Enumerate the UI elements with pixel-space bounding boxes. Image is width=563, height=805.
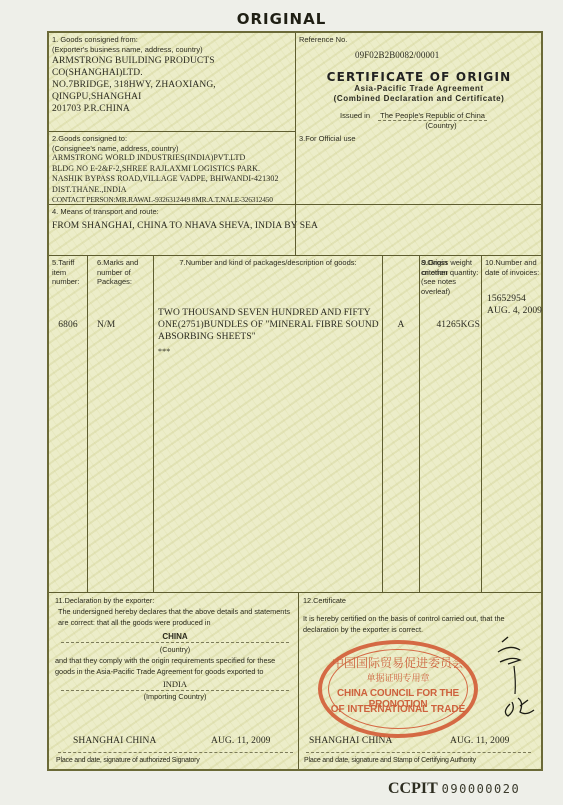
importing-country-caption: (Importing Country) [55,691,295,702]
importing-country: INDIA [61,679,289,691]
invoice-date: AUG. 4, 2009 [487,305,541,317]
invoice-block: 15652954 AUG. 4, 2009 [487,293,541,317]
box-transport: 4. Means of transport and route: FROM SH… [52,207,538,232]
divider [49,592,541,593]
exporter-place-date: SHANGHAI CHINA AUG. 11, 2009 [73,735,283,747]
certifier-place: SHANGHAI CHINA [309,736,392,746]
divider [298,592,299,769]
declaration-text: are correct: that all the goods were pro… [55,617,295,628]
serial-prefix: CCPIT [388,780,438,797]
description-block: TWO THOUSAND SEVEN HUNDRED AND FIFTY ONE… [158,307,380,358]
issued-in-row: Issued in The People's Republic of China [299,111,539,120]
divider [87,255,88,592]
reference-number: 09F02B2B0082/00001 [355,49,539,61]
issued-in-country: The People's Republic of China [378,111,487,121]
header-marks: 6.Marks and number of Packages: [97,258,149,287]
header-description: 7.Number and kind of packages/descriptio… [157,258,379,268]
divider [49,255,541,256]
box-exporter: 1. Goods consigned from: (Exporter's bus… [52,35,292,115]
ccpit-stamp: 中国国际贸易促进委员会 单据证明专用章 CHINA COUNCIL FOR TH… [318,640,478,738]
certifier-footer: Place and date, signature and Stamp of C… [304,755,476,766]
certificate-label: 12.Certificate [303,595,539,606]
box-exporter-declaration: 11.Declaration by the exporter: The unde… [55,595,295,767]
certifier-date: AUG. 11, 2009 [450,735,510,747]
consignee-label: 2.Goods consigned to: [52,134,295,144]
header-tariff: 5.Tariff item number: [52,258,86,287]
stamp-english-line2: OF INTERNATIONAL TRADE [322,704,474,715]
invoice-number: 15652954 [487,293,541,305]
exporter-footer: Place and date, signature of authorized … [56,755,200,766]
consignee-line: CONTACT PERSON:MR.RAWAL-9326312449 8MR.A… [52,195,295,206]
declaration-text: The undersigned hereby declares that the… [55,606,295,617]
header-gross-weight: 9.Gross weight or other quantity: [422,258,480,277]
origin-criterion: A [383,319,419,331]
exporter-label: 1. Goods consigned from: [52,35,292,45]
exporter-line: ARMSTRONG BUILDING PRODUCTS CO(SHANGHAI)… [52,55,292,79]
divider [153,255,154,592]
exporter-line: 201703 P.R.CHINA [52,103,292,115]
declaration-label: 11.Declaration by the exporter: [55,595,295,606]
tariff-number: 6806 [51,319,85,331]
consignee-line: NASHIK BYPASS ROAD,VILLAGE VADPE, BHIWAN… [52,174,295,185]
declaration-text: and that they comply with the origin req… [55,655,295,666]
document-title: ORIGINAL [0,10,563,28]
certificate-title: CERTIFICATE OF ORIGIN [299,70,539,84]
transport-route: FROM SHANGHAI, CHINA TO NHAVA SHEVA, IND… [52,220,538,232]
box-reference: Reference No. 09F02B2B0082/00001 CERTIFI… [299,35,539,129]
stamp-chinese-subtitle: 单据证明专用章 [322,671,474,684]
certificate-subtitle: (Combined Declaration and Certificate) [299,94,539,104]
divider [295,131,296,204]
divider [419,255,420,592]
signature-line [58,752,293,753]
box-official-use: 3.For Official use [299,134,539,144]
country-caption: (Country) [299,121,539,130]
consignee-sublabel: (Consignee's name, address, country) [52,144,295,154]
box-consignee: 2.Goods consigned to: (Consignee's name,… [52,134,295,206]
production-country: CHINA [61,631,289,643]
signature-line [306,752,531,753]
consignee-line: BLDG NO E-2&F-2,SHREE RAJLAXMI LOGISTICS… [52,164,295,175]
certificate-text: It is hereby certified on the basis of c… [303,613,539,624]
description-line: ABSORBING SHEETS" [158,331,380,343]
consignee-line: DIST.THANE.,INDIA [52,185,295,196]
divider [382,255,383,592]
serial-number: CCPIT 090000020 [388,780,520,798]
description-line: ONE(2751)BUNDLES OF "MINERAL FIBRE SOUND [158,319,380,331]
description-end-mark: *** [158,346,380,358]
official-use-label: 3.For Official use [299,134,539,144]
country-caption: (Country) [55,644,295,655]
declaration-text: goods in the Asia-Pacific Trade Agreemen… [55,666,295,677]
issued-in-label: Issued in [340,111,370,120]
exporter-line: NO.7BRIDGE, 318HWY, ZHAOXIANG, QINGPU,SH… [52,79,292,103]
header-invoices: 10.Number and date of invoices: [485,258,541,277]
signature-icon [490,632,540,732]
marks-value: N/M [97,319,147,331]
transport-label: 4. Means of transport and route: [52,207,538,217]
exporter-place: SHANGHAI CHINA [73,736,156,746]
reference-label: Reference No. [299,35,539,45]
agreement-name: Asia-Pacific Trade Agreement [299,84,539,94]
gross-weight: 41265KGS [420,319,480,331]
consignee-line: ARMSTRONG WORLD INDUSTRIES(INDIA)PVT.LTD [52,153,295,164]
serial-digits: 090000020 [442,782,521,796]
exporter-sublabel: (Exporter's business name, address, coun… [52,45,292,55]
stamp-chinese-title: 中国国际贸易促进委员会 [322,654,474,671]
divider [481,255,482,592]
exporter-date: AUG. 11, 2009 [211,735,271,747]
divider [49,131,295,132]
description-line: TWO THOUSAND SEVEN HUNDRED AND FIFTY [158,307,380,319]
